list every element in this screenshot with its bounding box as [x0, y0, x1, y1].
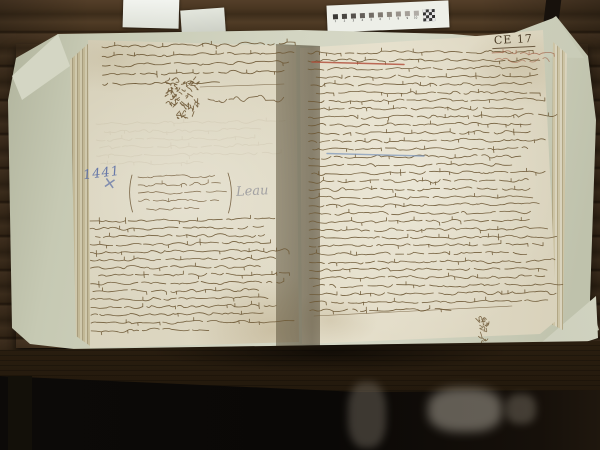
under-table-object: [348, 382, 386, 448]
under-table-light-patch-2: [506, 394, 536, 424]
table-leg: [8, 376, 32, 450]
shelfmark-label: CE 17: [492, 32, 536, 49]
archival-photo-of-manuscript: 12345678910 1441 ✕ Leau CE 17: [0, 0, 600, 450]
floor-tiles: [28, 374, 120, 450]
under-table-light-patch: [428, 388, 502, 432]
pencil-note: Leau: [236, 183, 269, 200]
